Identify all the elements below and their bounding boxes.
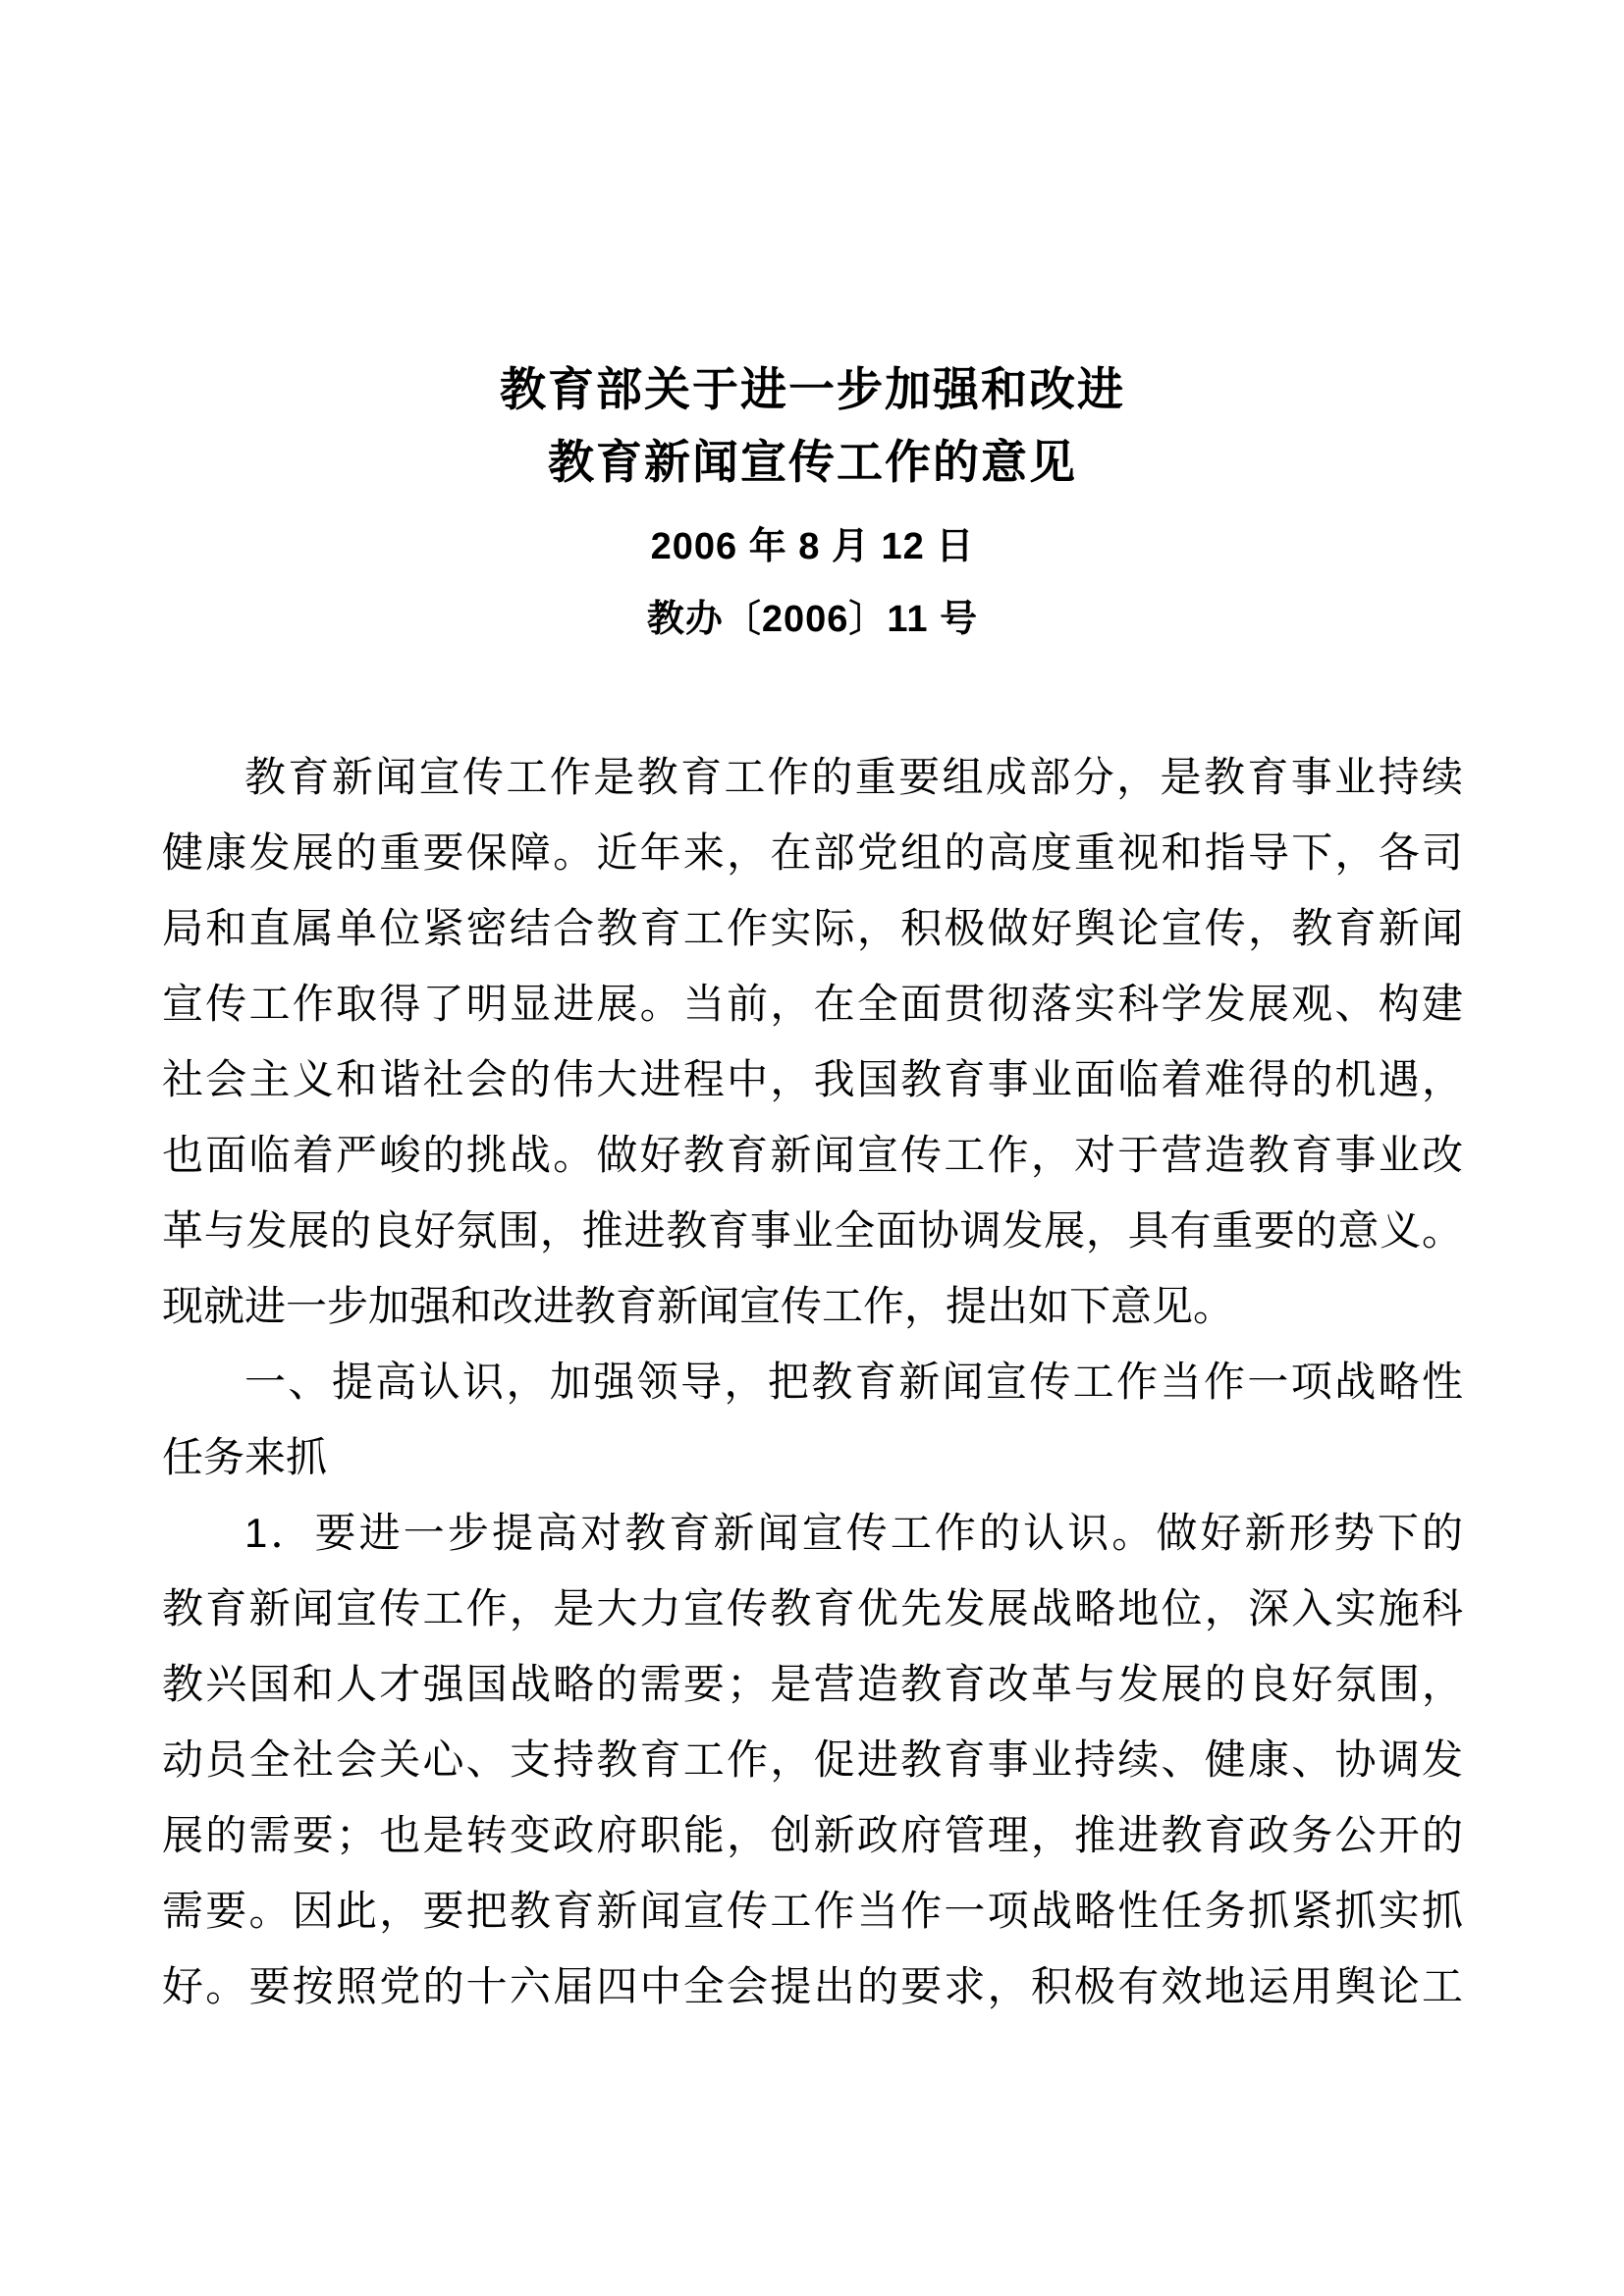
body-line: 革与发展的良好氛围，推进教育事业全面协调发展，具有重要的意义。 bbox=[162, 1193, 1463, 1268]
body-line: 教育新闻宣传工作，是大力宣传教育优先发展战略地位，深入实施科 bbox=[162, 1571, 1463, 1646]
body-line: 也面临着严峻的挑战。做好教育新闻宣传工作，对于营造教育事业改 bbox=[162, 1117, 1463, 1193]
body-line: 需要。因此，要把教育新闻宣传工作当作一项战略性任务抓紧抓实抓 bbox=[162, 1873, 1463, 1949]
document-page: 教育部关于进一步加强和改进 教育新闻宣传工作的意见 2006 年 8 月 12 … bbox=[0, 0, 1624, 2296]
body-line: 宣传工作取得了明显进展。当前，在全面贯彻落实科学发展观、构建 bbox=[162, 966, 1463, 1041]
body-line: 1．要进一步提高对教育新闻宣传工作的认识。做好新形势下的 bbox=[162, 1495, 1463, 1571]
body-line: 教兴国和人才强国战略的需要；是营造教育改革与发展的良好氛围， bbox=[162, 1646, 1463, 1722]
body-line: 社会主义和谐社会的伟大进程中，我国教育事业面临着难得的机遇， bbox=[162, 1041, 1463, 1117]
body-line: 健康发展的重要保障。近年来，在部党组的高度重视和指导下，各司 bbox=[162, 815, 1463, 890]
document-title-line1: 教育部关于进一步加强和改进 bbox=[162, 353, 1463, 426]
body-line: 好。要按照党的十六届四中全会提出的要求，积极有效地运用舆论工 bbox=[162, 1949, 1463, 2024]
document-header: 教育部关于进一步加强和改进 教育新闻宣传工作的意见 2006 年 8 月 12 … bbox=[162, 353, 1463, 656]
document-date: 2006 年 8 月 12 日 bbox=[162, 510, 1463, 583]
document-number: 教办〔2006〕11 号 bbox=[162, 583, 1463, 656]
document-body: 教育新闻宣传工作是教育工作的重要组成部分，是教育事业持续健康发展的重要保障。近年… bbox=[162, 739, 1463, 2024]
body-line: 现就进一步加强和改进教育新闻宣传工作，提出如下意见。 bbox=[162, 1268, 1463, 1344]
body-line: 局和直属单位紧密结合教育工作实际，积极做好舆论宣传，教育新闻 bbox=[162, 890, 1463, 966]
document-title-line2: 教育新闻宣传工作的意见 bbox=[162, 426, 1463, 499]
body-line: 动员全社会关心、支持教育工作，促进教育事业持续、健康、协调发 bbox=[162, 1722, 1463, 1797]
body-line: 教育新闻宣传工作是教育工作的重要组成部分，是教育事业持续 bbox=[162, 739, 1463, 815]
body-line: 任务来抓 bbox=[162, 1419, 1463, 1495]
body-line: 展的需要；也是转变政府职能，创新政府管理，推进教育政务公开的 bbox=[162, 1797, 1463, 1873]
body-line: 一、提高认识，加强领导，把教育新闻宣传工作当作一项战略性 bbox=[162, 1344, 1463, 1419]
